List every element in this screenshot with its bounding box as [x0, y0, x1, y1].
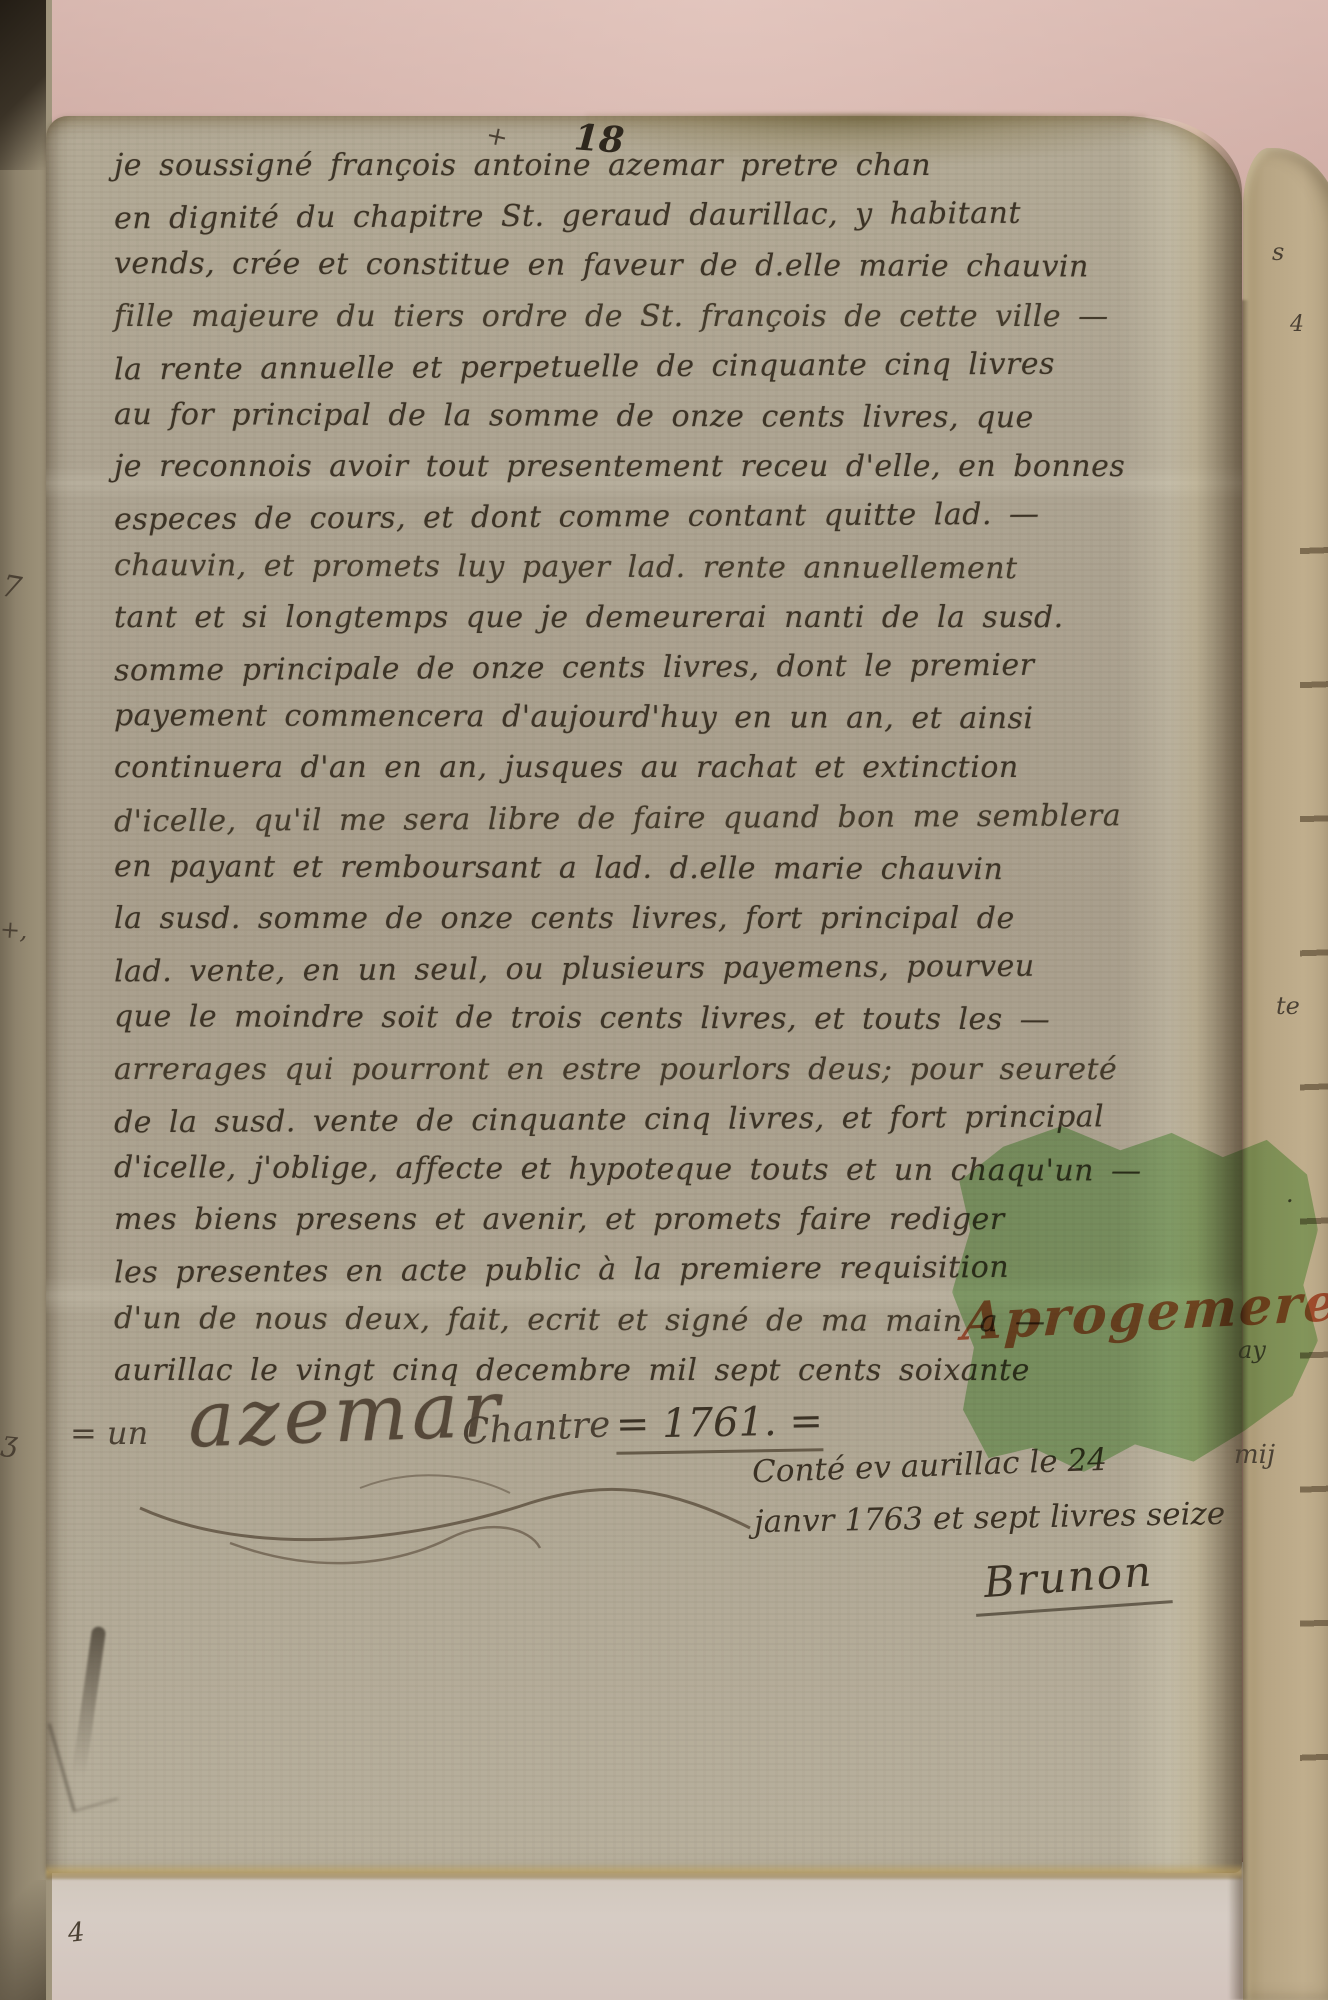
manuscript-line: en dignité du chapitre St. geraud dauril… [114, 195, 1224, 237]
manuscript-line: chauvin, et promets luy payer lad. rente… [114, 548, 1224, 587]
signature-title: Chantre [461, 1404, 611, 1453]
manuscript-line: je reconnois avoir tout presentement rec… [114, 449, 1224, 484]
manuscript-line: tant et si longtemps que je demeurerai n… [114, 600, 1224, 635]
manuscript-line: vends, crée et constitue en faveur de d.… [114, 246, 1224, 285]
manuscript-line: la rente annuelle et perpetuelle de cinq… [114, 345, 1224, 387]
manuscript-line: somme principale de onze cents livres, d… [114, 647, 1224, 689]
stray-ink-fragment: ʒ [0, 1424, 19, 1458]
manuscript-line: lad. vente, en un seul, ou plusieurs pay… [114, 948, 1224, 990]
manuscript-line: d'icelle, qu'il me sera libre de faire q… [114, 797, 1224, 839]
scanned-document-photo: + 18 je soussigné françois antoine azema… [0, 0, 1328, 2000]
manuscript-page: + 18 je soussigné françois antoine azema… [46, 116, 1242, 1873]
adjacent-page-left-edge [0, 0, 52, 2000]
stray-ink-fragment: te [1276, 992, 1300, 1020]
stray-ink-fragment: 4 [66, 1917, 86, 1949]
manuscript-line: que le moindre soit de trois cents livre… [114, 999, 1224, 1038]
manuscript-line: especes de cours, et dont comme contant … [114, 496, 1224, 538]
manuscript-line: arrerages qui pourront en estre pourlors… [114, 1052, 1224, 1087]
signature-year: = 1761. = [616, 1398, 824, 1455]
manuscript-line: au for principal de la somme de onze cen… [114, 397, 1224, 436]
signature-prefix: = un [70, 1414, 148, 1452]
stray-ink-fragment: s [1272, 238, 1284, 266]
binding-stitch-marks [1300, 420, 1328, 1820]
manuscript-line: la susd. somme de onze cents livres, for… [114, 901, 1224, 936]
manuscript-line: fille majeure du tiers ordre de St. fran… [114, 299, 1224, 334]
manuscript-line: continuera d'an en an, jusques au rachat… [114, 750, 1224, 785]
stray-ink-fragment: +, [0, 915, 29, 945]
manuscript-line: en payant et remboursant a lad. d.elle m… [114, 849, 1224, 888]
manuscript-line: payement commencera d'aujourd'huy en un … [114, 698, 1224, 737]
signature-flourish [110, 1448, 830, 1578]
underlying-page-bottom [0, 1862, 1328, 2000]
stray-ink-fragment: mij [1234, 1440, 1275, 1470]
stray-ink-fragment: 4 [1290, 312, 1304, 337]
manuscript-line: je soussigné françois antoine azemar pre… [114, 148, 1224, 183]
